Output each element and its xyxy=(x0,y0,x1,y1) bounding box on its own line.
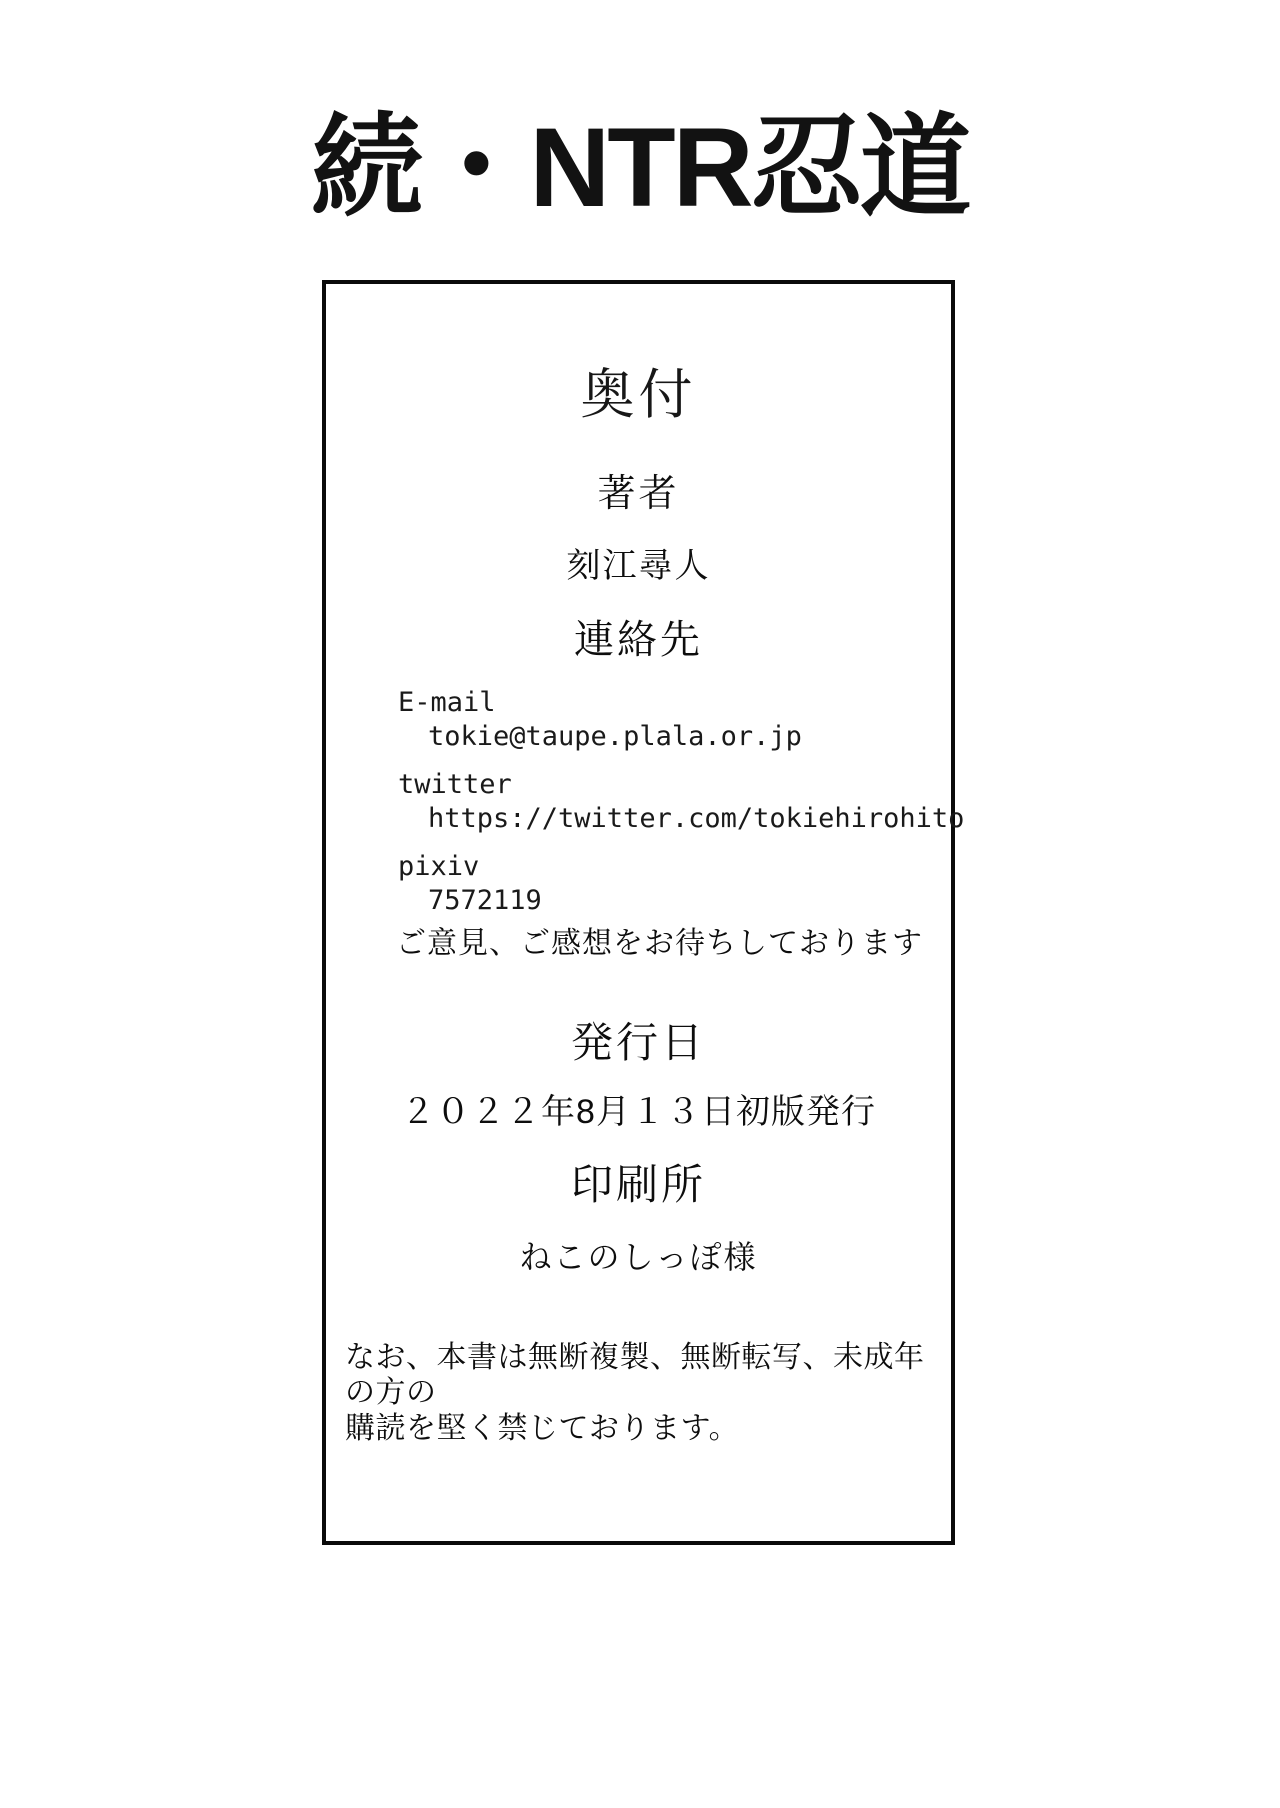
contact-list: E-mail tokie@taupe.plala.or.jp twitter h… xyxy=(398,686,935,932)
contact-item-pixiv: pixiv 7572119 xyxy=(398,850,935,918)
author-label: 著者 xyxy=(326,462,951,517)
colophon-box: 奥付 著者 刻江尋人 連絡先 E-mail tokie@taupe.plala.… xyxy=(322,280,955,1545)
contact-item-twitter: twitter https://twitter.com/tokiehirohit… xyxy=(398,768,935,836)
colophon-heading: 奥付 xyxy=(326,352,951,429)
printer-label: 印刷所 xyxy=(326,1152,951,1212)
feedback-note: ご意見、ご感想をお待ちしております xyxy=(396,918,935,962)
publication-date-label: 発行日 xyxy=(326,1010,951,1070)
author-name: 刻江尋人 xyxy=(326,538,951,587)
twitter-url: https://twitter.com/tokiehirohito xyxy=(398,802,935,836)
twitter-label: twitter xyxy=(398,768,935,802)
pixiv-id: 7572119 xyxy=(398,884,935,918)
contact-item-email: E-mail tokie@taupe.plala.or.jp xyxy=(398,686,935,754)
email-address: tokie@taupe.plala.or.jp xyxy=(398,720,935,754)
colophon-page: 続・NTR忍道 奥付 著者 刻江尋人 連絡先 E-mail tokie@taup… xyxy=(0,0,1280,1808)
email-label: E-mail xyxy=(398,686,935,720)
page-title: 続・NTR忍道 xyxy=(0,104,1280,233)
printer-name: ねこのしっぽ様 xyxy=(326,1232,951,1278)
pixiv-label: pixiv xyxy=(398,850,935,884)
disclaimer-text: なお、本書は無断複製、無断転写、未成年の方の 購読を堅く禁じております。 xyxy=(345,1340,937,1446)
contact-label: 連絡先 xyxy=(326,608,951,665)
publication-date-value: ２０２２年8月１３日初版発行 xyxy=(326,1084,951,1133)
